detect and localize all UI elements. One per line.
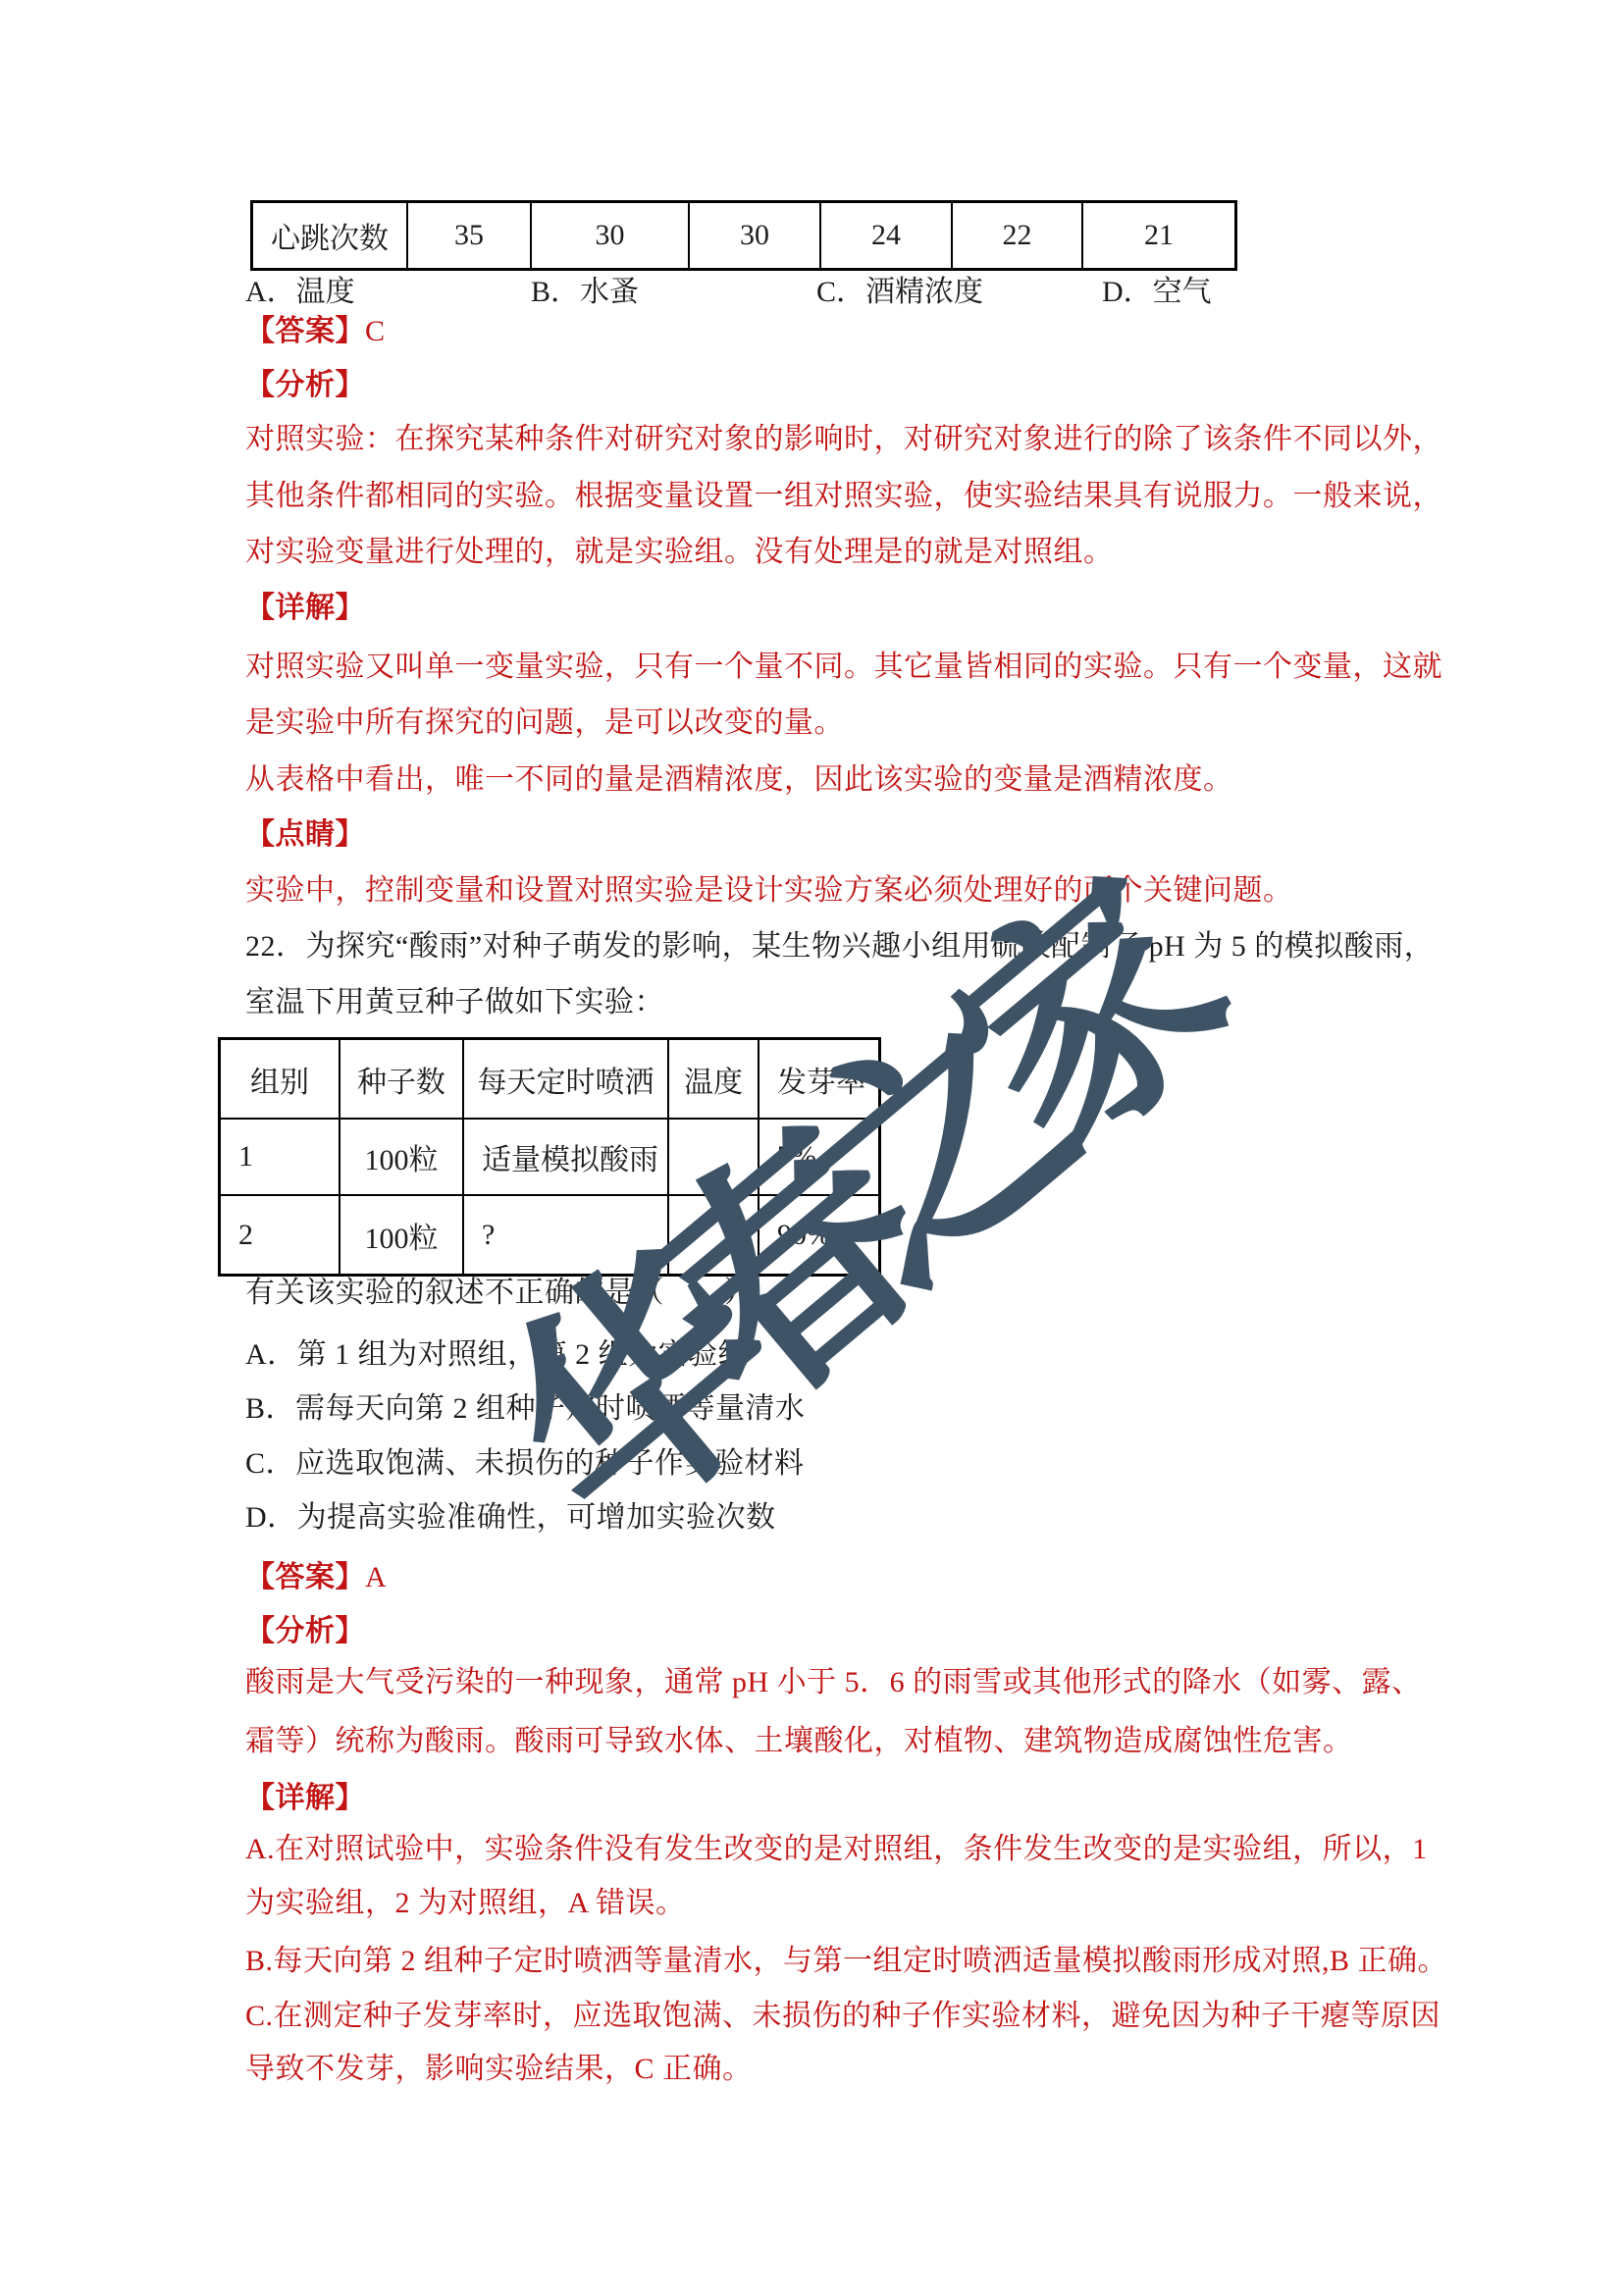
q21-option-b: B．水蚤	[531, 273, 816, 312]
q21-detail-line: 从表格中看出，唯一不同的量是酒精浓度，因此该实验的变量是酒精浓度。	[245, 760, 1233, 800]
q21-table-cell: 24	[821, 203, 953, 268]
q22-answer-value: A	[365, 1561, 387, 1593]
q22-stem-line: 室温下用黄豆种子做如下实验：	[245, 983, 664, 1022]
q22-cell-group: 1	[221, 1120, 340, 1194]
document-page: 心跳次数 35 30 30 24 22 21 A．温度 B．水蚤 C．酒精浓度 …	[0, 0, 1623, 2296]
q22-detail-label: 【详解】	[245, 1779, 365, 1818]
q21-table-cell: 21	[1083, 203, 1234, 268]
q22-header-cell: 种子数	[340, 1040, 464, 1118]
q21-tip-label: 【点睛】	[245, 815, 365, 855]
q21-detail-line: 对照实验又叫单一变量实验，只有一个量不同。其它量皆相同的实验。只有一个变量，这就	[245, 648, 1442, 687]
q22-header-cell: 每天定时喷洒	[464, 1040, 669, 1118]
q21-option-c: C．酒精浓度	[816, 273, 1102, 312]
q22-cell-seeds: 100粒	[340, 1120, 464, 1194]
q21-detail-line: 是实验中所有探究的问题，是可以改变的量。	[245, 704, 844, 743]
q21-table-cell: 30	[532, 203, 690, 268]
q21-analysis-line: 对照实验：在探究某种条件对研究对象的影响时，对研究对象进行的除了该条件不同以外，	[245, 420, 1442, 459]
q22-detail-line: B.每天向第 2 组种子定时喷洒等量清水，与第一组定时喷洒适量模拟酸雨形成对照,…	[245, 1942, 1447, 1981]
q21-answer-line: 【答案】C	[245, 312, 386, 351]
q21-table-cell: 35	[408, 203, 532, 268]
q21-answer-value: C	[365, 315, 386, 347]
q21-table-header-cell: 心跳次数	[253, 203, 408, 268]
q21-option-a: A．温度	[245, 273, 531, 312]
q22-detail-line: 导致不发芽，影响实验结果，C 正确。	[245, 2050, 753, 2089]
q21-detail-label: 【详解】	[245, 589, 365, 628]
q22-stem-line: 22．为探究“酸雨”对种子萌发的影响，某生物兴趣小组用硫酸配制了 pH 为 5 …	[245, 927, 1434, 966]
q21-options-row: A．温度 B．水蚤 C．酒精浓度 D．空气	[245, 273, 1387, 312]
q21-table-cell: 30	[690, 203, 821, 268]
answer-label: 【答案】	[245, 315, 365, 347]
q21-analysis-line: 对实验变量进行处理的，就是实验组。没有处理是的就是对照组。	[245, 533, 1114, 572]
q22-header-cell: 组别	[221, 1040, 340, 1118]
q22-detail-line: A.在对照试验中，实验条件没有发生改变的是对照组，条件发生改变的是实验组，所以，…	[245, 1830, 1428, 1869]
q21-table-cell: 22	[953, 203, 1083, 268]
q22-analysis-line: 酸雨是大气受污染的一种现象，通常 pH 小于 5．6 的雨雪或其他形式的降水（如…	[245, 1663, 1422, 1702]
q22-cell-seeds: 100粒	[340, 1196, 464, 1274]
q22-detail-line: 为实验组，2 为对照组，A 错误。	[245, 1884, 686, 1923]
q22-analysis-line: 霜等）统称为酸雨。酸雨可导致水体、土壤酸化，对植物、建筑物造成腐蚀性危害。	[245, 1722, 1353, 1761]
q21-option-d: D．空气	[1102, 273, 1387, 312]
q22-detail-line: C.在测定种子发芽率时，应选取饱满、未损伤的种子作实验材料，避免因为种子干瘪等原…	[245, 1997, 1440, 2036]
q21-heartbeat-table: 心跳次数 35 30 30 24 22 21	[250, 200, 1237, 271]
q21-analysis-label: 【分析】	[245, 366, 365, 405]
q22-analysis-label: 【分析】	[245, 1612, 365, 1651]
q22-answer-line: 【答案】A	[245, 1558, 387, 1597]
q21-analysis-line: 其他条件都相同的实验。根据变量设置一组对照实验，使实验结果具有说服力。一般来说，	[245, 477, 1442, 516]
answer-label: 【答案】	[245, 1561, 365, 1593]
q22-cell-group: 2	[221, 1196, 340, 1274]
